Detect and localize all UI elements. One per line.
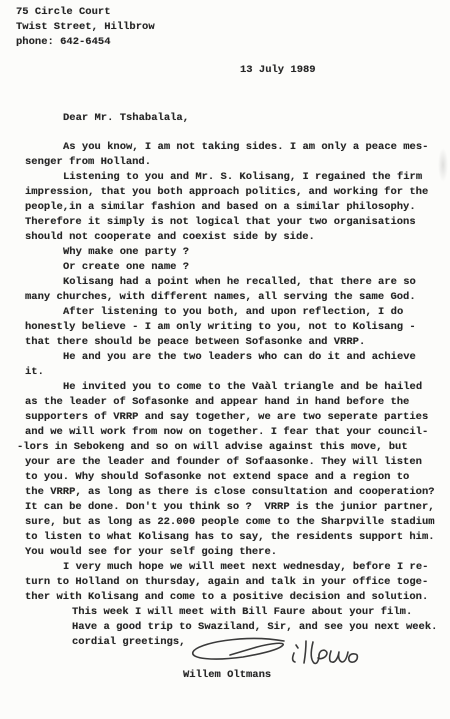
- body-line: He invited you to come to the Vaàl trian…: [25, 380, 440, 395]
- body-line: He and you are the two leaders who can d…: [25, 350, 440, 365]
- body-line: turn to Holland on thursday, again and t…: [25, 575, 440, 590]
- body-line: supporters of VRRP and say together, we …: [25, 410, 440, 425]
- body-line: your are the leader and founder of Sofaa…: [25, 455, 440, 470]
- address-line: phone: 642-6454: [16, 35, 440, 50]
- body-line: that there should be peace between Sofas…: [25, 335, 440, 350]
- body-line: Therefore it simply is not logical that …: [25, 215, 440, 230]
- body-line: impression, that you both approach polit…: [25, 185, 440, 200]
- letter-page: 75 Circle Court Twist Street, Hillbrow p…: [0, 0, 450, 719]
- body-line: It can be done. Don't you think so ? VRR…: [25, 500, 440, 515]
- body-line: Or create one name ?: [25, 260, 440, 275]
- body-line: You would see for your self going there.: [25, 545, 440, 560]
- handwritten-signature-icon: [180, 632, 365, 672]
- body-line: to listen to what Kolisang has to say, t…: [25, 530, 440, 545]
- body-line: ther with Kolisang and come to a positiv…: [25, 590, 440, 605]
- body-line: Kolisang had a point when he recalled, t…: [25, 275, 440, 290]
- body-line: This week I will meet with Bill Faure ab…: [25, 605, 440, 620]
- body-line: to you. Why should Sofasonke not extend …: [25, 470, 440, 485]
- body-line: honestly believe - I am only writing to …: [25, 320, 440, 335]
- body-line: and we will work from now on together. I…: [25, 425, 440, 440]
- body-line: it.: [25, 365, 440, 380]
- body-line: many churches, with different names, all…: [25, 290, 440, 305]
- letter-content: 75 Circle Court Twist Street, Hillbrow p…: [0, 0, 450, 683]
- body-line: -lors in Sebokeng and so on will advise …: [17, 440, 440, 455]
- body-line: Why make one party ?: [25, 245, 440, 260]
- body-line: After listening to you both, and upon re…: [25, 305, 440, 320]
- address-line: Twist Street, Hillbrow: [16, 20, 440, 35]
- body-line: people,in a similar fashion and based on…: [25, 200, 440, 215]
- date: 13 July 1989: [25, 63, 440, 78]
- body-line: sure, but as long as 22.000 people come …: [25, 515, 440, 530]
- address-line: 75 Circle Court: [16, 5, 440, 20]
- body-line: senger from Holland.: [25, 155, 440, 170]
- body-line: I very much hope we will meet next wedne…: [25, 560, 440, 575]
- body-line: Listening to you and Mr. S. Kolisang, I …: [25, 170, 440, 185]
- body-line: As you know, I am not taking sides. I am…: [25, 140, 440, 155]
- salutation: Dear Mr. Tshabalala,: [25, 111, 440, 126]
- body-line: as the leader of Sofasonke and appear ha…: [25, 395, 440, 410]
- sender-address-block: 75 Circle Court Twist Street, Hillbrow p…: [16, 5, 440, 50]
- body-line: the VRRP, as long as there is close cons…: [25, 485, 440, 500]
- body-line: should not cooperate and coexist side by…: [25, 230, 440, 245]
- letter-body: As you know, I am not taking sides. I am…: [25, 140, 440, 650]
